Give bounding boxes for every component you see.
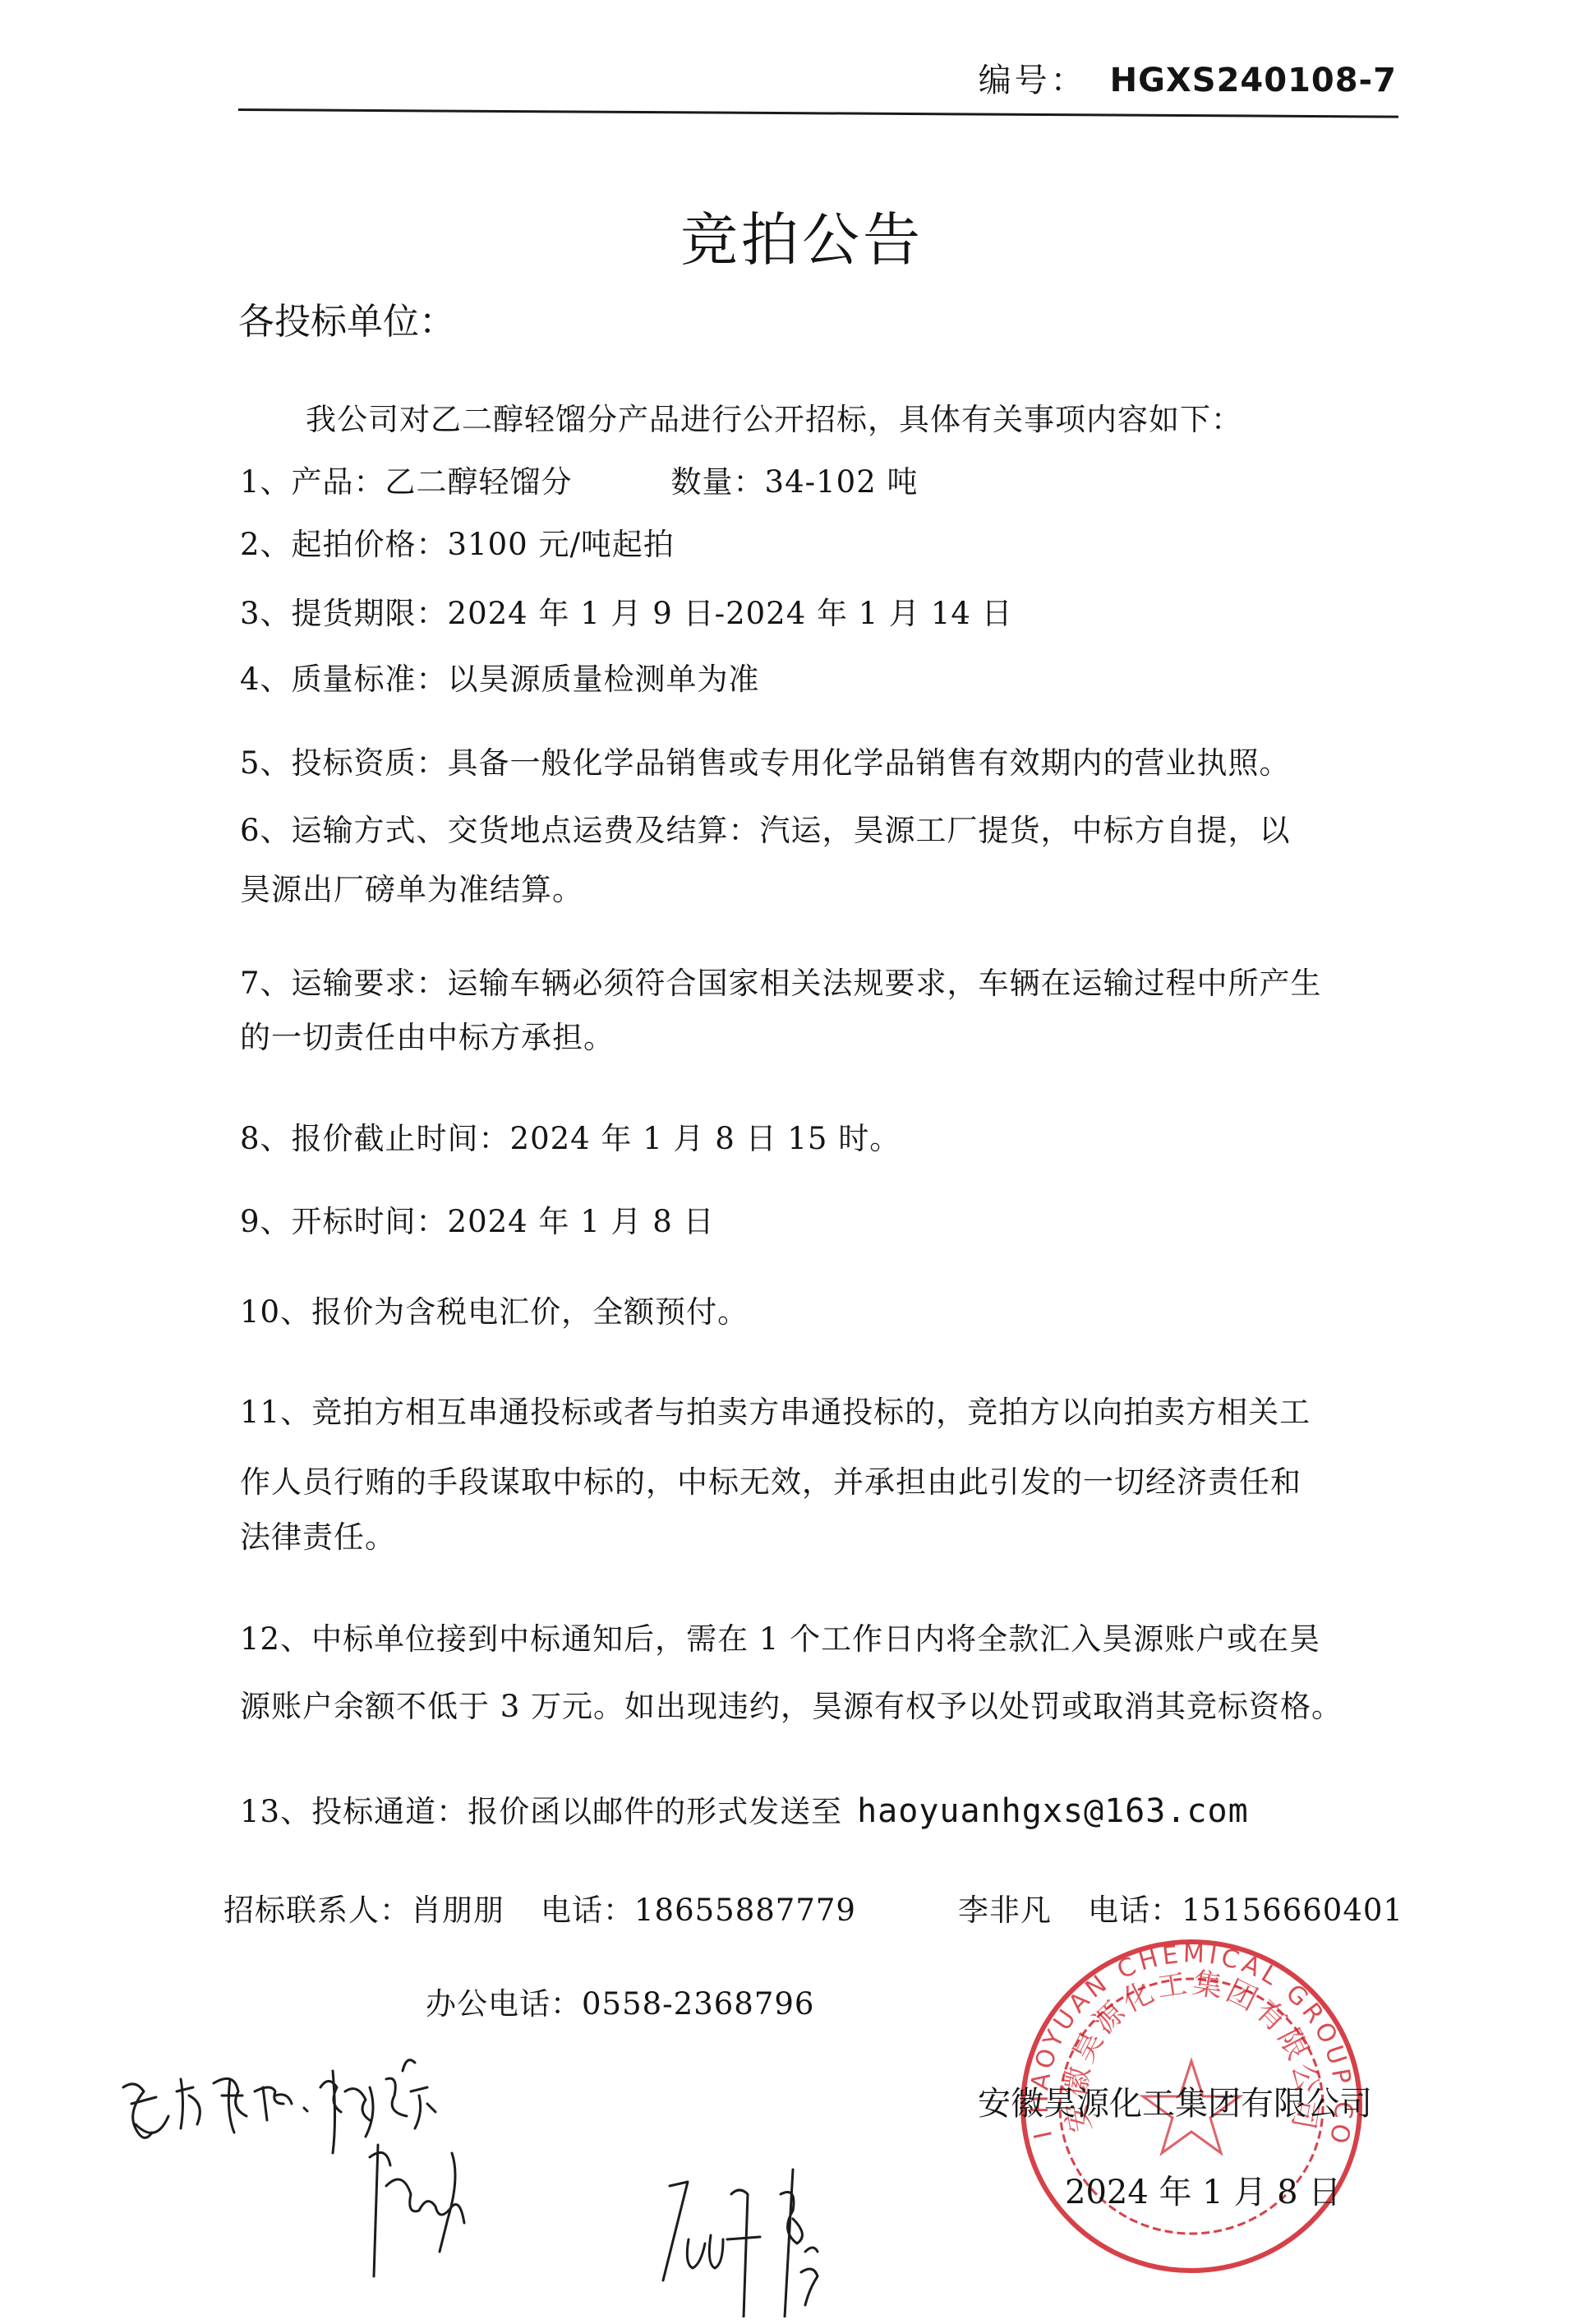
item-6-line-2: 昊源出厂磅单为准结算。 [240,865,583,909]
item-11-line-3: 法律责任。 [240,1512,396,1556]
contact-1-name: 肖朋朋 [411,1893,504,1928]
item-1: 1、产品：乙二醇轻馏分数量：34-102 吨 [240,457,919,501]
contact-2-name: 李非凡 [958,1893,1052,1928]
issue-date: 2024 年 1 月 8 日 [1065,2166,1341,2213]
item-7-line-2: 的一切责任由中标方承担。 [240,1012,615,1057]
contact-label: 招标联系人： [223,1893,411,1928]
document-number-value: HGXS240108-7 [1110,62,1397,99]
office-phone-label: 办公电话： [426,1986,582,2022]
handwritten-approval-mark-icon [649,2161,846,2317]
submission-email[interactable]: haoyuanhgxs@163.com [857,1792,1249,1830]
item-1-quantity: 数量：34-102 吨 [671,464,919,500]
office-phone: 办公电话：0558-2368796 [426,1979,814,2023]
item-13: 13、投标通道：报价函以邮件的形式发送至haoyuanhgxs@163.com [240,1787,1249,1831]
office-phone-value: 0558-2368796 [582,1986,814,2022]
contact-1-phone-label: 电话： [541,1893,634,1928]
item-7-line-1: 7、运输要求：运输车辆必须符合国家相关法规要求，车辆在运输过程中所产生 [240,958,1322,1003]
contact-person-1: 招标联系人：肖朋朋电话：18655887779 [223,1885,856,1930]
item-1-text: 1、产品：乙二醇轻馏分 [240,464,573,500]
item-9: 9、开标时间：2024 年 1 月 8 日 [240,1197,715,1241]
header-divider [238,108,1398,118]
item-8: 8、报价截止时间：2024 年 1 月 8 日 15 时。 [240,1114,901,1158]
intro-paragraph: 我公司对乙二醇轻馏分产品进行公开招标，具体有关事项内容如下： [306,394,1242,439]
contact-1-phone: 18655887779 [634,1893,856,1928]
contact-2-phone: 15156660401 [1182,1893,1403,1928]
item-6-line-1: 6、运输方式、交货地点运费及结算：汽运，昊源工厂提货，中标方自提，以 [240,805,1291,850]
item-11-line-1: 11、竞拍方相互串通投标或者与拍卖方串通投标的，竞拍方以向拍卖方相关工 [240,1387,1311,1432]
item-5: 5、投标资质：具备一般化学品销售或专用化学品销售有效期内的营业执照。 [240,738,1291,782]
issuing-company: 安徽昊源化工集团有限公司 [978,2077,1372,2124]
item-10: 10、报价为含税电汇价，全额预付。 [240,1287,749,1331]
item-13-text: 13、投标通道：报价函以邮件的形式发送至 [240,1794,842,1829]
page-title: 竞拍公告 [0,194,1571,277]
item-2: 2、起拍价格：3100 元/吨起拍 [240,519,675,564]
handwritten-approval-signature-icon [99,2046,477,2285]
contact-2-phone-label: 电话： [1088,1893,1182,1928]
document-number: 编号：HGXS240108-7 [979,54,1397,101]
document-number-label: 编号： [979,62,1087,99]
salutation: 各投标单位： [238,292,455,344]
item-11-line-2: 作人员行贿的手段谋取中标的，中标无效，并承担由此引发的一切经济责任和 [240,1457,1301,1501]
item-12-line-2: 源账户余额不低于 3 万元。如出现违约，昊源有权予以处罚或取消其竞标资格。 [240,1681,1343,1726]
item-12-line-1: 12、中标单位接到中标通知后，需在 1 个工作日内将全款汇入昊源账户或在昊 [240,1614,1320,1658]
item-3: 3、提货期限：2024 年 1 月 9 日-2024 年 1 月 14 日 [240,588,1013,633]
contact-person-2: 李非凡电话：15156660401 [958,1885,1403,1930]
item-4: 4、质量标准：以昊源质量检测单为准 [240,654,760,699]
